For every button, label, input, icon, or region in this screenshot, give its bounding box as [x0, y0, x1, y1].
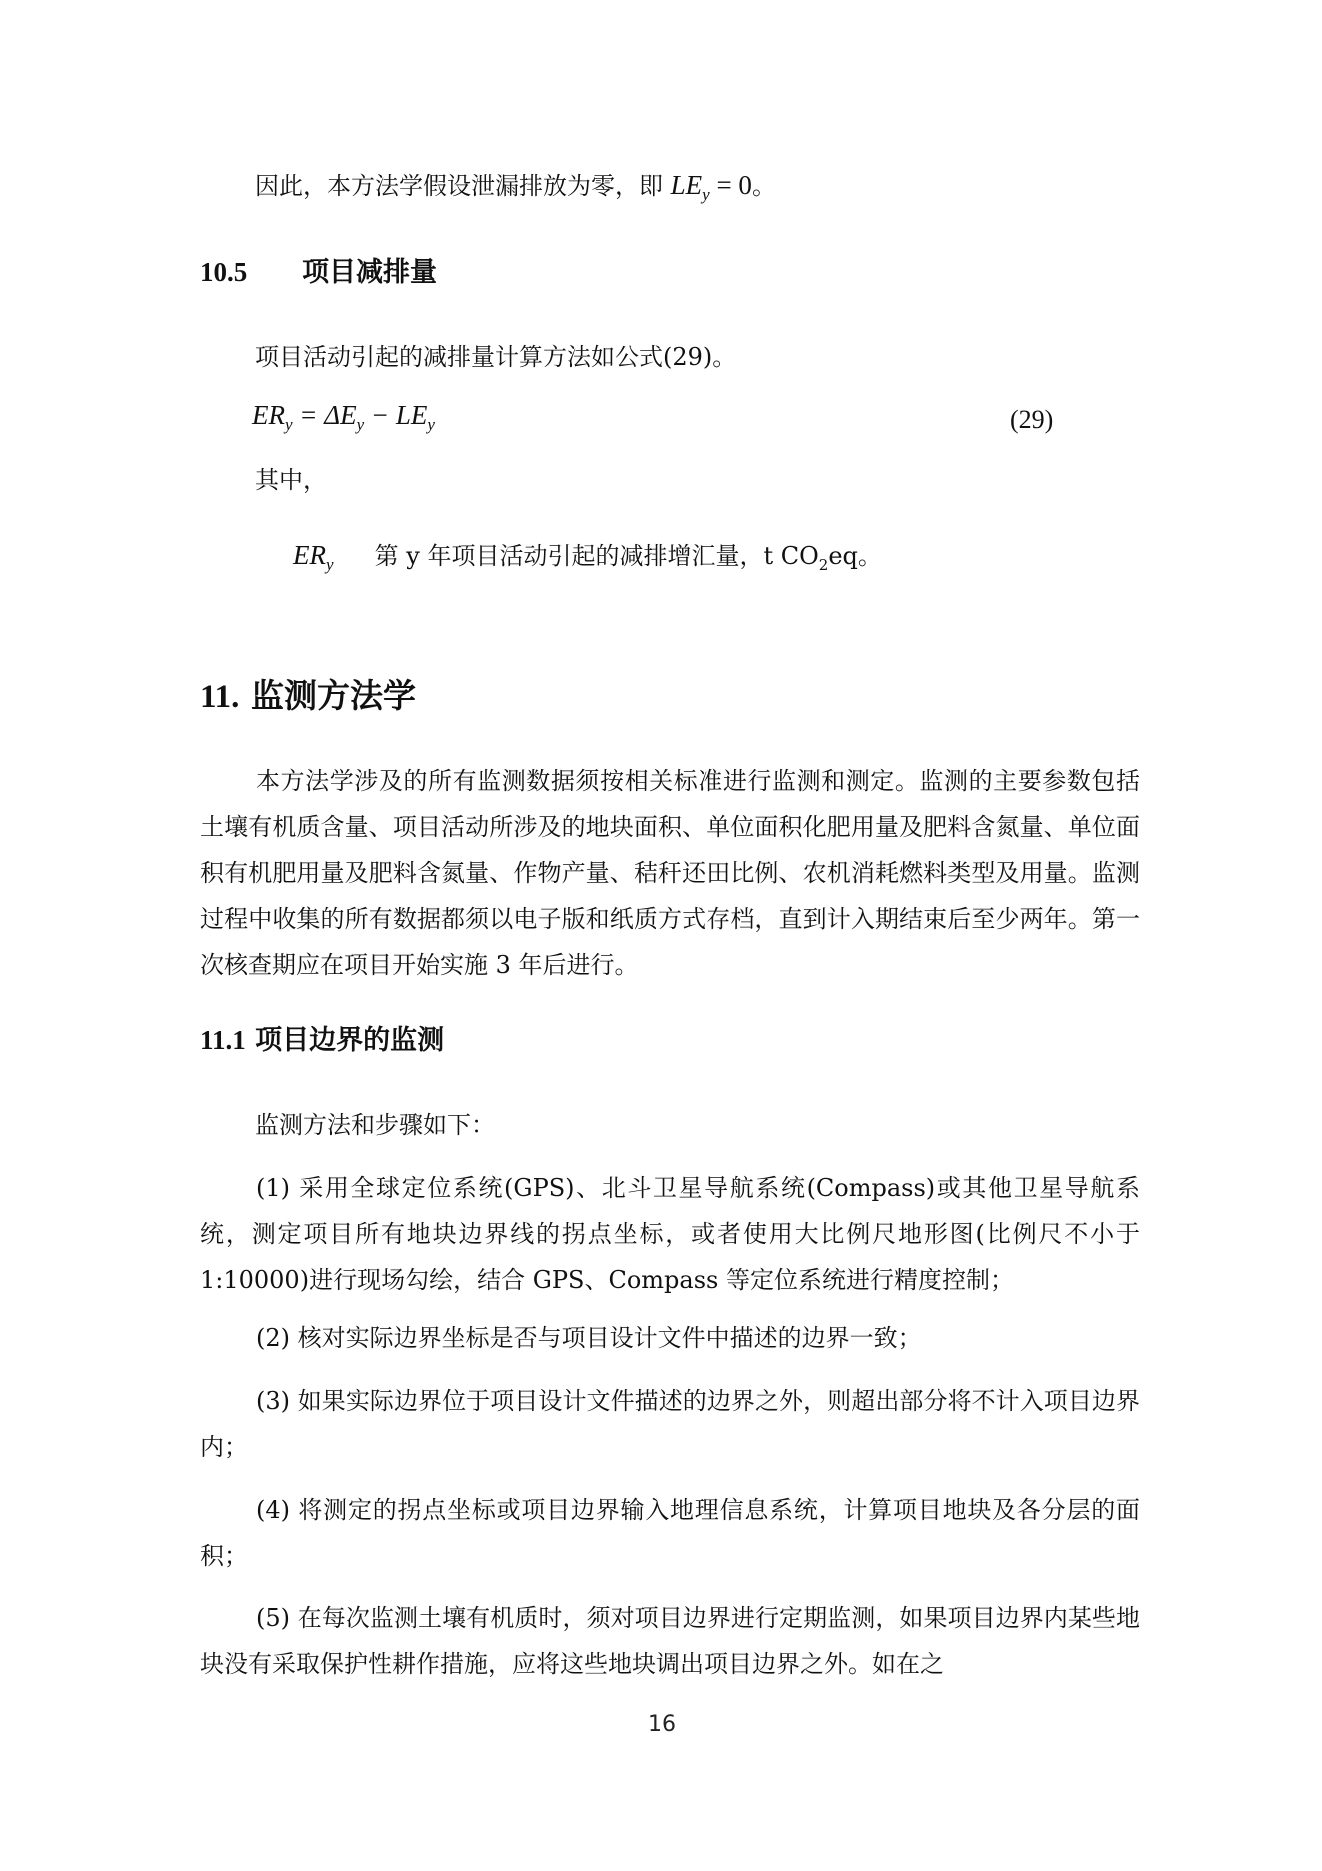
symbol-var: ER [293, 540, 326, 570]
step-4: (4) 将测定的拐点坐标或项目边界输入地理信息系统，计算项目地块及各分层的面积； [200, 1487, 1140, 1579]
definition-symbol: ERy [293, 540, 334, 570]
step-2: (2) 核对实际边界坐标是否与项目设计文件中描述的边界一致； [200, 1315, 1140, 1361]
section-11-paragraph: 本方法学涉及的所有监测数据须按相关标准进行监测和测定。监测的主要参数包括土壤有机… [200, 758, 1140, 988]
leakage-math: LEy = 0 [671, 170, 752, 200]
math-var: LE [671, 170, 703, 200]
leakage-conclusion: 因此，本方法学假设泄漏排放为零，即 LEy = 0。 [255, 170, 776, 210]
eq-lhs-var: ER [252, 400, 285, 430]
eq-term2: − LE [364, 400, 427, 430]
section-title: 监测方法学 [251, 676, 416, 715]
document-page: 因此，本方法学假设泄漏排放为零，即 LEy = 0。 10.5 项目减排量 项目… [0, 0, 1322, 1871]
definition-text-main: 第 y 年项目活动引起的减排增汇量，t CO [375, 542, 819, 570]
eq-term2-sub: y [427, 415, 435, 434]
section-10-5-intro: 项目活动引起的减排量计算方法如公式(29)。 [255, 342, 736, 372]
definition-text-end: eq。 [828, 542, 882, 570]
step-1: (1) 采用全球定位系统(GPS)、北斗卫星导航系统(Compass)或其他卫星… [200, 1165, 1140, 1303]
math-sub: y [702, 185, 710, 204]
math-rest: = 0 [710, 170, 752, 200]
definition-row: ERy 第 y 年项目活动引起的减排增汇量，t CO2eq。 [293, 540, 882, 580]
section-heading-10-5: 10.5 项目减排量 [200, 250, 437, 289]
section-number: 11. [200, 679, 239, 715]
section-number: 11.1 [200, 1025, 246, 1055]
section-title: 项目减排量 [302, 257, 437, 288]
step-3: (3) 如果实际边界位于项目设计文件描述的边界之外，则超出部分将不计入项目边界内… [200, 1378, 1140, 1470]
symbol-sub: y [326, 555, 334, 574]
eq-term1: = ΔE [293, 400, 357, 430]
equation-29: ERy = ΔEy − LEy [252, 400, 435, 435]
page-number: 16 [648, 1712, 676, 1737]
section-heading-11: 11. 监测方法学 [200, 670, 416, 717]
step-5: (5) 在每次监测土壤有机质时，须对项目边界进行定期监测，如果项目边界内某些地块… [200, 1595, 1140, 1687]
where-label: 其中， [255, 465, 327, 495]
sentence-end: 。 [752, 172, 776, 200]
leakage-conclusion-text: 因此，本方法学假设泄漏排放为零，即 [255, 172, 663, 200]
definition-text: 第 y 年项目活动引起的减排增汇量，t CO2eq。 [375, 542, 882, 570]
section-title: 项目边界的监测 [255, 1025, 444, 1056]
equation-label: (29) [1010, 405, 1053, 435]
section-number: 10.5 [200, 257, 247, 287]
section-heading-11-1: 11.1 项目边界的监测 [200, 1018, 444, 1057]
section-11-1-intro: 监测方法和步骤如下： [255, 1110, 495, 1140]
definition-text-sub: 2 [819, 556, 829, 574]
eq-lhs-sub: y [285, 415, 293, 434]
